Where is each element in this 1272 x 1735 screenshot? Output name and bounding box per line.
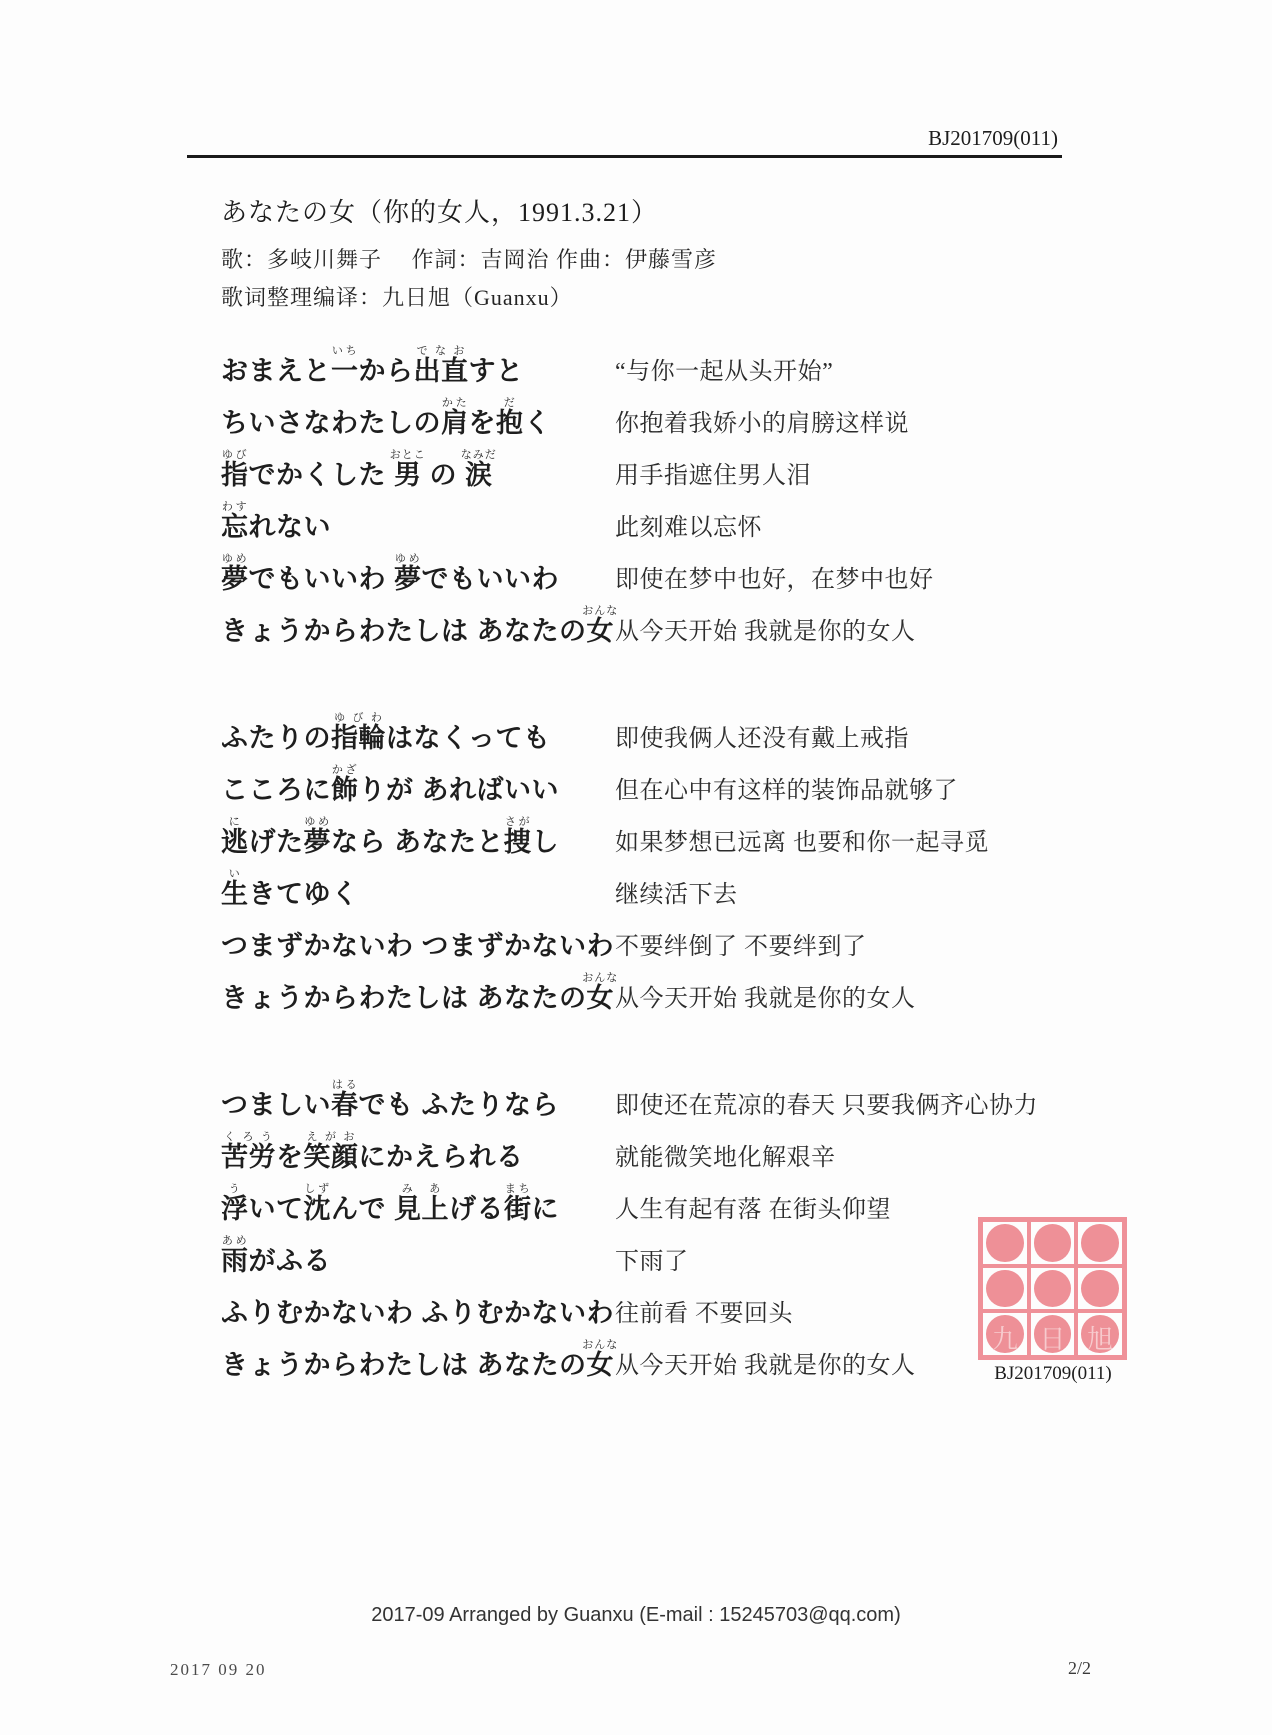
lyric-line: こころに飾かざりが あればいい但在心中有这样的装饰品就够了: [221, 752, 1121, 804]
lyric-line: 生いきてゆく继续活下去: [221, 856, 1121, 908]
arranger-credit: 歌词整理编译：九日旭（Guanxu）: [221, 281, 573, 312]
lyric-japanese: おまえと一いちから出直でなおすと: [221, 345, 615, 385]
lyric-line: 浮ういて沈しずんで 見上みあげる街まちに人生有起有落 在街头仰望: [221, 1171, 1121, 1223]
lyric-japanese: 苦労くろうを笑顔えがおにかえられる: [221, 1131, 615, 1171]
lyric-japanese: ふりむかないわ ふりむかないわ: [221, 1299, 615, 1327]
lyric-chinese: 就能微笑地化解艰辛: [615, 1145, 1121, 1171]
lyric-japanese: きょうからわたしは あなたの女おんな: [221, 972, 615, 1012]
lyric-chinese: 即使在梦中也好，在梦中也好: [615, 567, 1121, 593]
lyric-chinese: “与你一起从头开始”: [615, 359, 1121, 385]
seal-circle: [1034, 1270, 1072, 1308]
lyric-line: ふたりの指輪ゆびわはなくっても即使我俩人还没有戴上戒指: [221, 700, 1121, 752]
lyric-line: ちいさなわたしの肩かたを抱だく你抱着我娇小的肩膀这样说: [221, 385, 1121, 437]
header-divider: [187, 155, 1062, 158]
lyric-line: きょうからわたしは あなたの女おんな从今天开始 我就是你的女人: [221, 960, 1121, 1012]
seal-grid: 九日旭: [978, 1217, 1127, 1360]
seal-cell: [981, 1220, 1029, 1266]
seal-cell: 旭: [1076, 1311, 1124, 1357]
song-credits: 歌：多岐川舞子 作詞：吉岡治 作曲：伊藤雪彦: [221, 243, 717, 274]
seal-cell: 九: [981, 1311, 1029, 1357]
seal-character: 日: [1031, 1327, 1075, 1353]
lyric-chinese: 即使我俩人还没有戴上戒指: [615, 726, 1121, 752]
seal-cell: [1076, 1220, 1124, 1266]
seal-cell: [981, 1266, 1029, 1312]
lyric-japanese: ちいさなわたしの肩かたを抱だく: [221, 397, 615, 437]
lyric-line: 苦労くろうを笑顔えがおにかえられる就能微笑地化解艰辛: [221, 1119, 1121, 1171]
seal-cell: [1076, 1266, 1124, 1312]
lyric-chinese: 从今天开始 我就是你的女人: [615, 619, 1121, 645]
lyric-japanese: つまずかないわ つまずかないわ: [221, 932, 615, 960]
seal-cell: [1029, 1266, 1077, 1312]
lyric-japanese: つましい春はるでも ふたりなら: [221, 1079, 615, 1119]
lyric-chinese: 继续活下去: [615, 882, 1121, 908]
lyric-line: 夢ゆめでもいいわ 夢ゆめでもいいわ即使在梦中也好，在梦中也好: [221, 541, 1121, 593]
seal-circle: [986, 1270, 1024, 1308]
seal-stamp: 九日旭: [978, 1217, 1127, 1360]
song-title: あなたの女（你的女人，1991.3.21）: [221, 192, 658, 229]
lyric-chinese: 从今天开始 我就是你的女人: [615, 986, 1121, 1012]
lyric-japanese: 浮ういて沈しずんで 見上みあげる街まちに: [221, 1183, 615, 1223]
seal-cell: [1029, 1220, 1077, 1266]
lyric-chinese: 但在心中有这样的装饰品就够了: [615, 778, 1121, 804]
seal-cell: 日: [1029, 1311, 1077, 1357]
lyric-chinese: 你抱着我娇小的肩膀这样说: [615, 411, 1121, 437]
lyric-japanese: 夢ゆめでもいいわ 夢ゆめでもいいわ: [221, 553, 615, 593]
document-code: BJ201709(011): [0, 126, 1058, 151]
lyric-japanese: きょうからわたしは あなたの女おんな: [221, 1339, 615, 1379]
lyric-japanese: 雨あめがふる: [221, 1235, 615, 1275]
seal-character: 旭: [1078, 1327, 1122, 1353]
lyric-chinese: 此刻难以忘怀: [615, 515, 1121, 541]
seal-caption: BJ201709(011): [968, 1363, 1138, 1385]
lyric-japanese: ふたりの指輪ゆびわはなくっても: [221, 712, 615, 752]
lyric-chinese: 如果梦想已远离 也要和你一起寻觅: [615, 830, 1121, 856]
stanza: ふたりの指輪ゆびわはなくっても即使我俩人还没有戴上戒指こころに飾かざりが あれば…: [221, 700, 1121, 1012]
lyric-chinese: 不要绊倒了 不要绊到了: [615, 934, 1121, 960]
lyric-chinese: 即使还在荒凉的春天 只要我俩齐心协力: [615, 1093, 1121, 1119]
seal-circle: [1034, 1224, 1072, 1261]
lyric-line: つまずかないわ つまずかないわ不要绊倒了 不要绊到了: [221, 908, 1121, 960]
footer-page-number: 2/2: [1068, 1658, 1091, 1679]
lyric-line: おまえと一いちから出直でなおすと“与你一起从头开始”: [221, 333, 1121, 385]
seal-character: 九: [983, 1327, 1027, 1353]
seal-circle: [986, 1224, 1024, 1261]
lyric-japanese: 逃にげた夢ゆめなら あなたと捜さがし: [221, 816, 615, 856]
lyric-line: つましい春はるでも ふたりなら即使还在荒凉的春天 只要我俩齐心协力: [221, 1067, 1121, 1119]
lyric-line: 忘わすれない此刻难以忘怀: [221, 489, 1121, 541]
footer-date: 2017 09 20: [170, 1660, 267, 1680]
lyric-line: きょうからわたしは あなたの女おんな从今天开始 我就是你的女人: [221, 593, 1121, 645]
lyric-japanese: 忘わすれない: [221, 501, 615, 541]
seal-circle: [1081, 1224, 1119, 1261]
lyric-japanese: 指ゆびでかくした 男おとこ の 涙なみだ: [221, 449, 615, 489]
seal-circle: [1081, 1270, 1119, 1308]
lyric-japanese: こころに飾かざりが あればいい: [221, 764, 615, 804]
footer-arranged-note: 2017-09 Arranged by Guanxu (E-mail : 152…: [0, 1604, 1272, 1627]
lyric-line: 逃にげた夢ゆめなら あなたと捜さがし如果梦想已远离 也要和你一起寻觅: [221, 804, 1121, 856]
lyric-chinese: 用手指遮住男人泪: [615, 463, 1121, 489]
lyric-japanese: 生いきてゆく: [221, 868, 615, 908]
scanned-lyrics-page: BJ201709(011) あなたの女（你的女人，1991.3.21） 歌：多岐…: [0, 0, 1272, 1735]
lyric-line: 指ゆびでかくした 男おとこ の 涙なみだ用手指遮住男人泪: [221, 437, 1121, 489]
lyric-japanese: きょうからわたしは あなたの女おんな: [221, 605, 615, 645]
stanza: おまえと一いちから出直でなおすと“与你一起从头开始”ちいさなわたしの肩かたを抱だ…: [221, 333, 1121, 645]
